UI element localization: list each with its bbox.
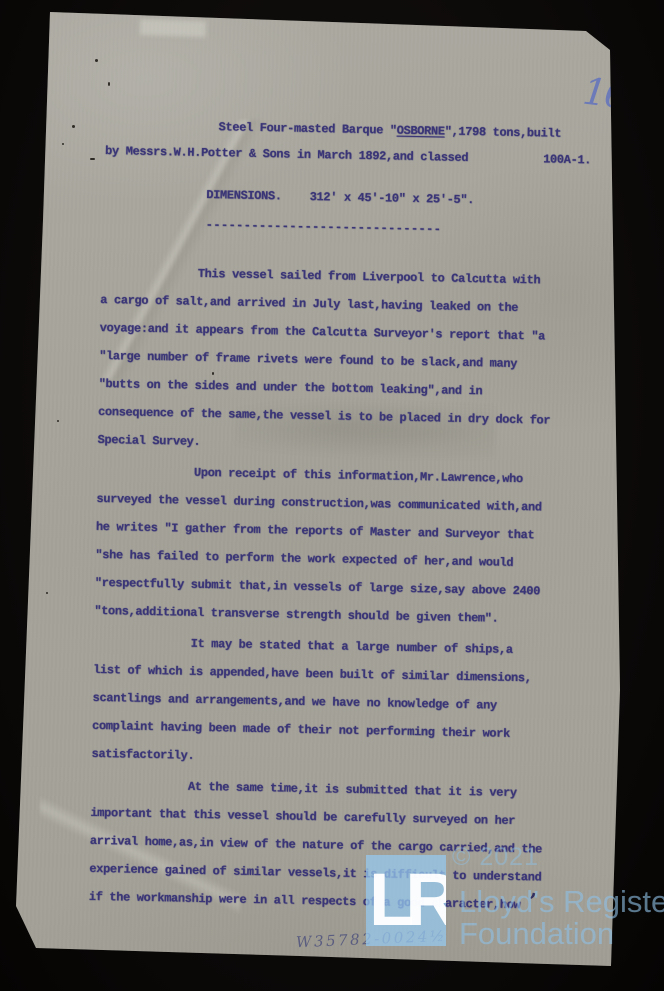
dimensions-label: DIMENSIONS. [206,188,282,203]
paragraph: It may be stated that a large number of … [91,628,574,777]
ship-name: OSBORNE [397,124,445,139]
paper-speck [62,143,64,145]
title-post: ",1798 tons,built [445,125,562,141]
title-pre: Steel Four-masted Barque " [218,120,396,137]
paper-speck [57,420,59,422]
dimensions-line: DIMENSIONS.312' x 45'-10" x 25'-5". [206,182,474,213]
handwritten-page-number: 16 [581,70,629,118]
document-page: Steel Four-masted Barque "OSBORNE",1798 … [0,0,664,991]
watermark-lloyds-register: Lloyd's Register [459,884,664,920]
paragraph: This vessel sailed from Liverpool to Cal… [97,258,581,463]
class-notation: 100A-1. [543,152,591,167]
paper-speck [46,592,48,594]
paper-speck [90,158,95,160]
lr-logo-letters: LR [369,858,446,941]
dashed-underline: ------------------------------- [205,212,441,243]
watermark-copyright: © 2021 [452,843,539,872]
scan-background: Steel Four-masted Barque "OSBORNE",1798 … [0,0,664,991]
body-paragraphs: This vessel sailed from Liverpool to Cal… [89,258,581,920]
builder-text: by Messrs.W.H.Potter & Sons in March 189… [105,144,468,165]
dimensions-value: 312' x 45'-10" x 25'-5". [309,190,474,207]
lloyds-register-logo: LR [366,855,446,946]
paper-speck [72,125,75,128]
paragraph: Upon receipt of this information,Mr.Lawr… [94,457,577,634]
typed-text-block: Steel Four-masted Barque "OSBORNE",1798 … [88,0,592,969]
watermark-foundation: Foundation [459,916,614,952]
paper-speck [95,59,98,62]
